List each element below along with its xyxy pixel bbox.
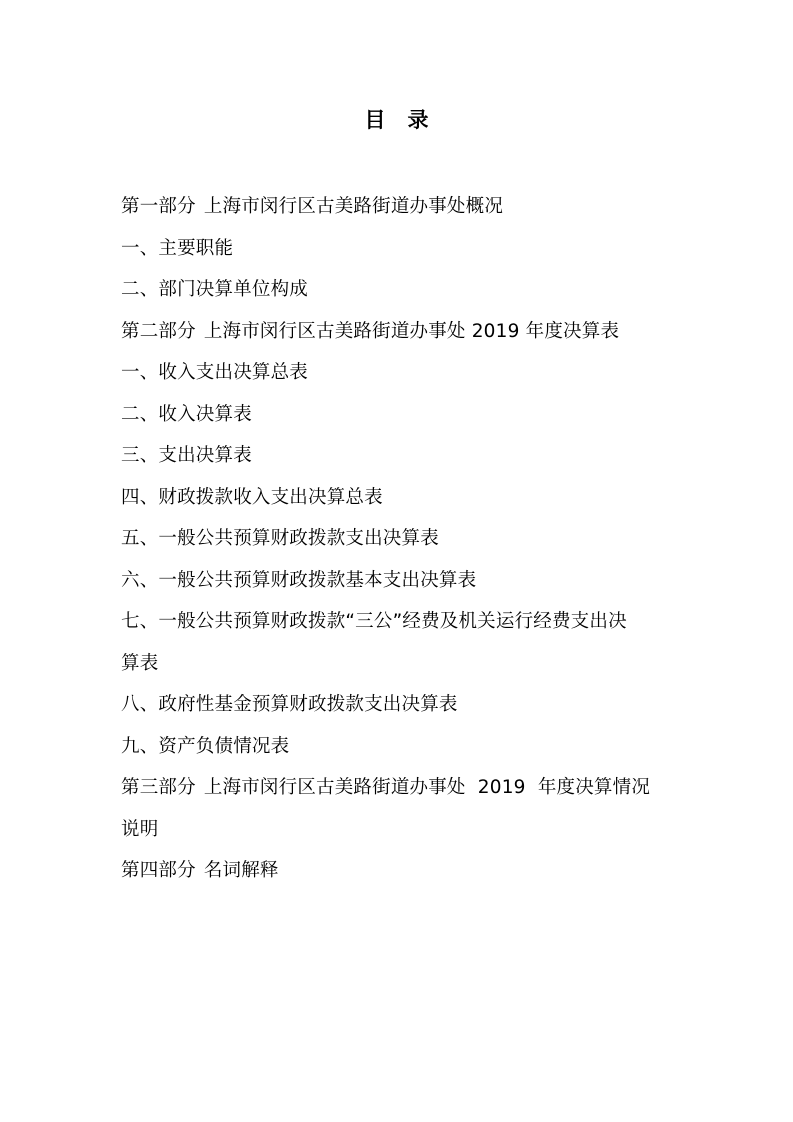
toc-part-4: 第四部分名词解释 xyxy=(121,850,681,892)
toc-item: 一、收入支出决算总表 xyxy=(121,352,681,394)
toc-item-continuation: 说明 xyxy=(121,809,681,851)
toc-part-1: 第一部分上海市闵行区古美路街道办事处概况 xyxy=(121,186,681,228)
toc-entry-text: 三、支出决算表 xyxy=(121,445,252,466)
toc-entry-text: 七、一般公共预算财政拨款“三公”经费及机关运行经费支出决 xyxy=(121,611,627,632)
toc-part-3: 第三部分上海市闵行区古美路街道办事处 2019 年度决算情况 xyxy=(121,767,681,809)
toc-entry-text: 一、主要职能 xyxy=(121,238,233,259)
toc-entry-text: 一、收入支出决算总表 xyxy=(121,362,308,383)
toc-part-label: 第四部分 xyxy=(121,860,196,881)
toc-item-continuation: 算表 xyxy=(121,643,681,685)
toc-part-label: 第三部分 xyxy=(121,777,196,798)
toc-item: 二、收入决算表 xyxy=(121,394,681,436)
toc-item: 四、财政拨款收入支出决算总表 xyxy=(121,477,681,519)
table-of-contents: 第一部分上海市闵行区古美路街道办事处概况 一、主要职能 二、部门决算单位构成 第… xyxy=(121,186,681,892)
toc-entry-text: 上海市闵行区古美路街道办事处 2019 年度决算表 xyxy=(204,321,619,342)
toc-entry-text: 九、资产负债情况表 xyxy=(121,736,289,757)
toc-item: 九、资产负债情况表 xyxy=(121,726,681,768)
toc-entry-text: 二、部门决算单位构成 xyxy=(121,279,308,300)
toc-entry-text: 六、一般公共预算财政拨款基本支出决算表 xyxy=(121,570,476,591)
toc-entry-text: 上海市闵行区古美路街道办事处 2019 年度决算情况 xyxy=(204,777,650,798)
toc-entry-text: 名词解释 xyxy=(204,860,279,881)
toc-entry-text: 算表 xyxy=(121,653,158,674)
page-title: 目录 xyxy=(0,104,793,134)
toc-part-label: 第二部分 xyxy=(121,321,196,342)
toc-entry-text: 八、政府性基金预算财政拨款支出决算表 xyxy=(121,694,458,715)
toc-item: 七、一般公共预算财政拨款“三公”经费及机关运行经费支出决 xyxy=(121,601,681,643)
toc-part-2: 第二部分上海市闵行区古美路街道办事处 2019 年度决算表 xyxy=(121,311,681,353)
toc-entry-text: 四、财政拨款收入支出决算总表 xyxy=(121,487,383,508)
toc-item: 六、一般公共预算财政拨款基本支出决算表 xyxy=(121,560,681,602)
toc-entry-text: 上海市闵行区古美路街道办事处概况 xyxy=(204,196,503,217)
toc-item: 一、主要职能 xyxy=(121,228,681,270)
toc-item: 八、政府性基金预算财政拨款支出决算表 xyxy=(121,684,681,726)
document-page: 目录 第一部分上海市闵行区古美路街道办事处概况 一、主要职能 二、部门决算单位构… xyxy=(0,0,793,1122)
toc-item: 五、一般公共预算财政拨款支出决算表 xyxy=(121,518,681,560)
toc-entry-text: 五、一般公共预算财政拨款支出决算表 xyxy=(121,528,439,549)
toc-entry-text: 说明 xyxy=(121,819,158,840)
toc-item: 三、支出决算表 xyxy=(121,435,681,477)
toc-entry-text: 二、收入决算表 xyxy=(121,404,252,425)
toc-part-label: 第一部分 xyxy=(121,196,196,217)
toc-item: 二、部门决算单位构成 xyxy=(121,269,681,311)
